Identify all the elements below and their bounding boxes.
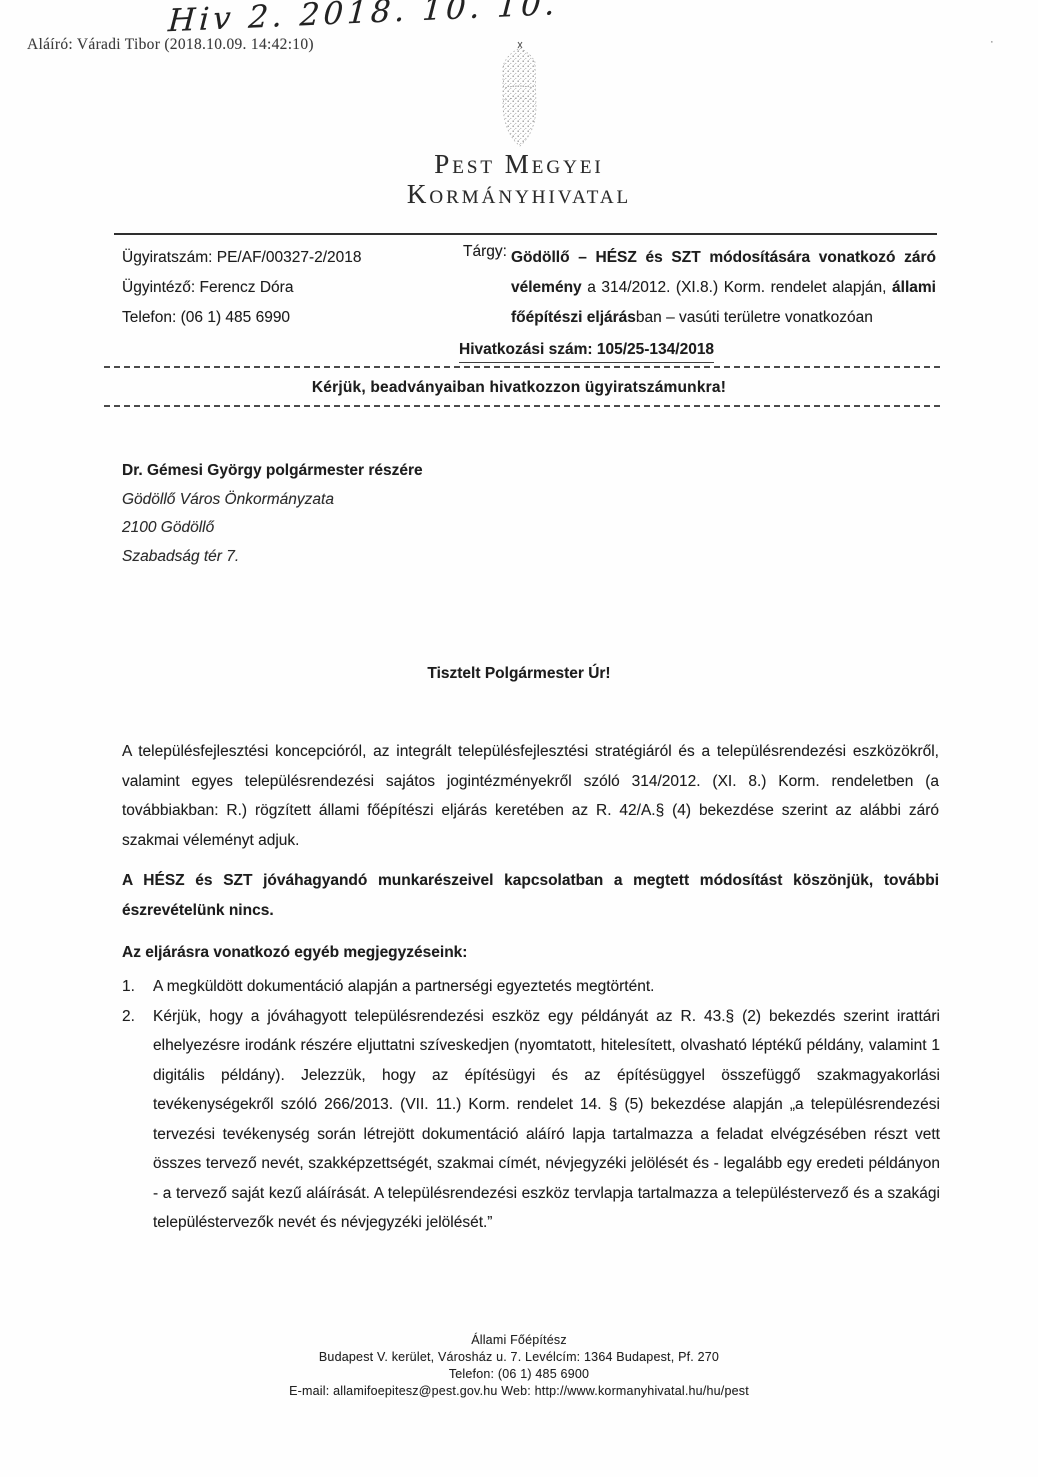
org-name-line1: Pest Megyei	[0, 150, 1038, 179]
org-name-line2: Kormányhivatal	[0, 179, 1038, 209]
addressee-block: Dr. Gémesi György polgármester részére G…	[122, 457, 423, 571]
header-rule	[114, 233, 937, 235]
scanned-letter-page: Hiv 2. 2018. 10. 10. Aláíró: Váradi Tibo…	[0, 0, 1038, 1477]
phone-value: (06 1) 485 6990	[181, 309, 290, 326]
addressee-name: Dr. Gémesi György polgármester részére	[122, 457, 423, 486]
list-item-text: Kérjük, hogy a jóváhagyott településrend…	[153, 1002, 940, 1238]
remarks-heading: Az eljárásra vonatkozó egyéb megjegyzése…	[122, 944, 467, 962]
case-number-label: Ügyiratszám:	[122, 249, 212, 266]
subject-normal-part2: ban – vasúti területre vonatkozóan	[636, 309, 873, 326]
body-paragraph-1: A településfejlesztési koncepcióról, az …	[122, 737, 939, 855]
salutation: Tisztelt Polgármester Úr!	[0, 665, 1038, 683]
divider-rule-upper	[104, 366, 940, 368]
addressee-organization: Gödöllő Város Önkormányzata	[122, 486, 423, 515]
letter-footer: Állami Főépítész Budapest V. kerület, Vá…	[0, 1332, 1038, 1400]
body-paragraph-2-bold: A HÉSZ és SZT jóváhagyandó munkarészeive…	[122, 866, 939, 925]
reference-block-left: Ügyiratszám: PE/AF/00327-2/2018 Ügyintéz…	[122, 243, 457, 333]
case-number-row: Ügyiratszám: PE/AF/00327-2/2018	[122, 243, 457, 273]
subject-label: Tárgy:	[463, 243, 507, 261]
remarks-list: 1. A megküldött dokumentáció alapján a p…	[122, 972, 940, 1238]
list-item-number: 1.	[122, 972, 153, 1002]
subject-block: Tárgy: Gödöllő – HÉSZ és SZT módosításár…	[463, 243, 936, 333]
divider-rule-lower	[104, 405, 940, 407]
reference-number-label: Hivatkozási szám:	[459, 341, 593, 358]
footer-address: Budapest V. kerület, Városház u. 7. Levé…	[0, 1349, 1038, 1366]
officer-row: Ügyintéző: Ferencz Dóra	[122, 273, 457, 303]
list-item-number: 2.	[122, 1002, 153, 1238]
org-name: Pest Megyei Kormányhivatal	[0, 150, 1038, 209]
case-number-value: PE/AF/00327-2/2018	[217, 249, 362, 266]
list-item-text: A megküldött dokumentáció alapján a part…	[153, 972, 940, 1002]
phone-row: Telefon: (06 1) 485 6990	[122, 303, 457, 333]
footer-email-web: E-mail: allamifoepitesz@pest.gov.hu Web:…	[0, 1383, 1038, 1400]
reference-number-value: 105/25-134/2018	[593, 341, 715, 358]
reference-number-row: Hivatkozási szám: 105/25-134/2018	[459, 341, 714, 363]
addressee-zip-city: 2100 Gödöllő	[122, 514, 423, 543]
reference-notice: Kérjük, beadványaiban hivatkozzon ügyira…	[0, 379, 1038, 397]
addressee-street: Szabadság tér 7.	[122, 543, 423, 572]
subject-text: Gödöllő – HÉSZ és SZT módosítására vonat…	[511, 243, 936, 333]
footer-office-name: Állami Főépítész	[0, 1332, 1038, 1349]
footer-phone: Telefon: (06 1) 485 6900	[0, 1366, 1038, 1383]
scan-speck: ·	[990, 36, 994, 48]
signer-line: Aláíró: Váradi Tibor (2018.10.09. 14:42:…	[27, 36, 314, 54]
coat-of-arms-icon	[487, 40, 551, 156]
officer-value: Ferencz Dóra	[200, 279, 294, 296]
handwritten-date-note: Hiv 2. 2018. 10. 10.	[167, 0, 589, 39]
officer-label: Ügyintéző:	[122, 279, 195, 296]
subject-normal-part1: a 314/2012. (XI.8.) Korm. rendelet alapj…	[582, 279, 892, 296]
list-item: 1. A megküldött dokumentáció alapján a p…	[122, 972, 940, 1002]
list-item: 2. Kérjük, hogy a jóváhagyott településr…	[122, 1002, 940, 1238]
phone-label: Telefon:	[122, 309, 176, 326]
